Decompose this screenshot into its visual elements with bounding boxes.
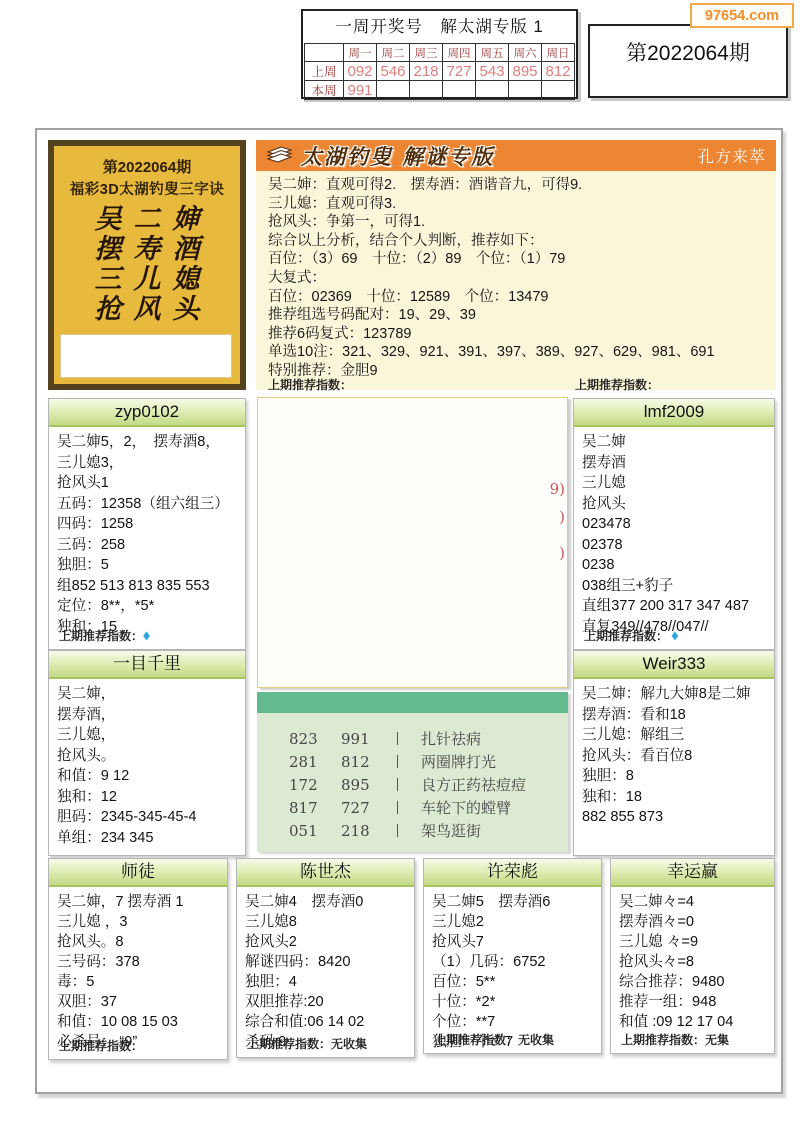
draw-number-cell <box>476 81 509 100</box>
text-line: 定位：8**，*5* <box>57 596 237 617</box>
text-line: 五码：12358（组六组三） <box>57 494 237 515</box>
riddle-text: 车轮下的螳臂 <box>421 799 511 817</box>
text-line: 推荐一组：948 <box>619 992 766 1012</box>
draw-number-cell <box>509 81 542 100</box>
week-header-cell: 周一 <box>344 44 377 62</box>
text-line: 双胆：37 <box>57 992 219 1012</box>
text-line: 吴二婶5，2， 摆寿酒8， <box>57 432 237 453</box>
text-line: 综合和值:06 14 02 <box>245 1012 406 1032</box>
draw-number-cell: 812 <box>542 62 575 81</box>
separator-bar <box>397 778 399 791</box>
riddle-number: 051 <box>289 820 341 843</box>
box-lines: 吴二婶5 摆寿酒6三儿媳2抢风头7（1）几码：6752百位：5**十位：*2*个… <box>424 887 601 1052</box>
text-line: 摆寿酒， <box>57 705 237 726</box>
riddle-number: 281 <box>289 751 341 774</box>
text-line: 百位：（3）69 十位：（2）89 个位：（1）79 <box>268 250 764 269</box>
box-title: lmf2009 <box>574 399 774 427</box>
text-line: 0238 <box>582 555 766 576</box>
main-panel-footer-left: 上期推荐指数： <box>268 376 352 393</box>
riddle-history-row: 817727车轮下的螳臂 <box>289 797 568 820</box>
week-header-cell: 周二 <box>377 44 410 62</box>
text-line: 抢风头。 <box>57 746 237 767</box>
predictor-box-xurongbiao: 许荣彪 吴二婶5 摆寿酒6三儿媳2抢风头7（1）几码：6752百位：5**十位：… <box>423 858 602 1054</box>
draw-number-cell: 727 <box>443 62 476 81</box>
box-lines: 吴二婶摆寿酒三儿媳抢风头023478023780238038组三+豹子直组377… <box>574 427 774 637</box>
draw-number-cell: 895 <box>509 62 542 81</box>
riddle-number: 895 <box>341 774 393 797</box>
this-week-row: 本周 991 <box>305 81 575 100</box>
text-line: 三儿媳3， <box>57 453 237 474</box>
text-line: 02378 <box>582 535 766 556</box>
riddle-history-row: 172895良方正药祛痘痘 <box>289 774 568 797</box>
text-line: 三儿媳8 <box>245 912 406 932</box>
text-line: 吴二婶4 摆寿酒0 <box>245 892 406 912</box>
last-week-label: 上周 <box>305 62 344 81</box>
weekly-draw-box: 一周开奖号 解太湖专版 1 周一 周二 周三 周四 周五 周六 周日 上周 09… <box>301 9 578 99</box>
draw-number-cell <box>410 81 443 100</box>
text-line: 三号码：378 <box>57 952 219 972</box>
box-title: 师徒 <box>49 859 227 887</box>
text-line: 三儿媳 <box>582 473 766 494</box>
predictor-box-lmf2009: lmf2009 吴二婶摆寿酒三儿媳抢风头023478023780238038组三… <box>573 398 775 650</box>
predictor-box-chenshijie: 陈世杰 吴二婶4 摆寿酒0三儿媳8抢风头2解谜四码：8420独胆：4双胆推荐:2… <box>236 858 415 1058</box>
predictor-box-zyp0102: zyp0102 吴二婶5，2， 摆寿酒8，三儿媳3，抢风头1五码：12358（组… <box>48 398 246 650</box>
text-line: 独胆：4 <box>245 972 406 992</box>
site-link-badge[interactable]: 97654.com <box>690 3 794 28</box>
gold-box-issue: 第2022064期 <box>54 156 240 177</box>
week-header-cell: 周六 <box>509 44 542 62</box>
box-title: 陈世杰 <box>237 859 414 887</box>
box-footer-value: 无收集 <box>331 1037 367 1051</box>
riddle-number: 172 <box>289 774 341 797</box>
box-footer: 上期推荐指数：无收集 <box>434 1031 554 1048</box>
riddle-number: 727 <box>341 797 393 820</box>
box-footer-label: 上期推荐指数： <box>59 1039 143 1053</box>
text-line: 摆寿酒 <box>582 453 766 474</box>
predictor-box-weir333: Weir333 吴二婶：解九大婶8是二婶摆寿酒：看和18三儿媳：解组三抢风头：看… <box>573 650 775 856</box>
box-title: 幸运赢 <box>611 859 774 887</box>
text-line: 摆寿酒：看和18 <box>582 705 766 726</box>
text-line: 个位：**7 <box>432 1012 593 1032</box>
text-line: 抢风头 <box>54 295 240 325</box>
blank-scratch-box: 9) ) ) <box>257 397 568 688</box>
text-line: 推荐6码复式：123789 <box>268 325 764 344</box>
box-footer: 上期推荐指数：无收集 <box>247 1035 367 1052</box>
riddle-text: 扎针祛病 <box>421 730 481 748</box>
text-line: 吴二婶 <box>54 205 240 235</box>
riddle-history-row: 823991扎针祛病 <box>289 728 568 751</box>
box-footer-label: 上期推荐指数： <box>434 1033 518 1047</box>
main-panel-header: 太湖钓叟 解谜专版 孔方来萃 <box>256 140 776 171</box>
diamond-icon: ♦ <box>143 627 150 643</box>
text-line: 综合推荐：9480 <box>619 972 766 992</box>
text-line: 抢风头：争第一，可得1. <box>268 213 764 232</box>
text-line: 推荐组选号码配对：19、29、39 <box>268 306 764 325</box>
riddle-text: 良方正药祛痘痘 <box>421 776 526 794</box>
text-line: 大复式： <box>268 269 764 288</box>
text-line: 抢风头 <box>582 494 766 515</box>
week-header-cell: 周日 <box>542 44 575 62</box>
text-line: 解谜四码：8420 <box>245 952 406 972</box>
riddle-number: 218 <box>341 820 393 843</box>
separator-bar <box>397 732 399 745</box>
box-title: Weir333 <box>574 651 774 679</box>
box-lines: 吴二婶々=4摆寿酒々=0三儿媳 々=9抢风头々=8综合推荐：9480推荐一组：9… <box>611 887 774 1032</box>
riddle-history-header-bar <box>257 692 568 713</box>
draw-number-cell: 991 <box>344 81 377 100</box>
riddle-text: 架鸟逛街 <box>421 822 481 840</box>
text-line: 和值：10 08 15 03 <box>57 1012 219 1032</box>
text-line: 882 855 873 <box>582 807 766 828</box>
week-header-cell: 周四 <box>443 44 476 62</box>
riddle-number: 817 <box>289 797 341 820</box>
box-footer-label: 上期推荐指数： <box>584 629 668 643</box>
riddle-number: 991 <box>341 728 393 751</box>
text-line: （1）几码：6752 <box>432 952 593 972</box>
week-corner-cell <box>305 44 344 62</box>
text-line: 三儿媳 <box>54 265 240 295</box>
text-line: 摆寿酒々=0 <box>619 912 766 932</box>
box-lines: 吴二婶5，2， 摆寿酒8，三儿媳3，抢风头1五码：12358（组六组三）四码：1… <box>49 427 245 637</box>
box-lines: 吴二婶，7 摆寿酒 1三儿媳 ，3抢风头。8三号码：378毒：5双胆：37和值：… <box>49 887 227 1052</box>
text-line: 综合以上分析，结合个人判断，推荐如下： <box>268 232 764 251</box>
last-week-row: 上周 092 546 218 727 543 895 812 <box>305 62 575 81</box>
red-text-fragment: 9) <box>550 480 565 498</box>
predictor-box-shitu: 师徒 吴二婶，7 摆寿酒 1三儿媳 ，3抢风头。8三号码：378毒：5双胆：37… <box>48 858 228 1060</box>
riddle-history-row: 281812两圈牌打光 <box>289 751 568 774</box>
text-line: 抢风头：看百位8 <box>582 746 766 767</box>
box-lines: 吴二婶4 摆寿酒0三儿媳8抢风头2解谜四码：8420独胆：4双胆推荐:20综合和… <box>237 887 414 1052</box>
text-line: 吴二婶， <box>57 684 237 705</box>
box-footer-label: 上期推荐指数： <box>247 1037 331 1051</box>
predictor-box-yimuqianli: 一目千里 吴二婶，摆寿酒，三儿媳，抢风头。和值：9 12独和：12胆码：2345… <box>48 650 246 856</box>
week-header-row: 周一 周二 周三 周四 周五 周六 周日 <box>305 44 575 62</box>
separator-bar <box>397 801 399 814</box>
week-header-cell: 周五 <box>476 44 509 62</box>
box-footer: 上期推荐指数：无集 <box>621 1031 729 1048</box>
red-text-fragment: ) <box>559 544 565 562</box>
weekly-draw-title: 一周开奖号 解太湖专版 1 <box>303 11 576 43</box>
text-line: 百位：02369 十位：12589 个位：13479 <box>268 288 764 307</box>
text-line: 单组：234 345 <box>57 828 237 849</box>
text-line: 吴二婶々=4 <box>619 892 766 912</box>
text-line: 抢风头々=8 <box>619 952 766 972</box>
text-line: 三儿媳 ，3 <box>57 912 219 932</box>
text-line: 吴二婶：直观可得2. 摆寿酒：酒谐音九，可得9. <box>268 176 764 195</box>
predictor-box-xingyunying: 幸运赢 吴二婶々=4摆寿酒々=0三儿媳 々=9抢风头々=8综合推荐：9480推荐… <box>610 858 775 1054</box>
box-title: zyp0102 <box>49 399 245 427</box>
box-footer-value: 无收集 <box>518 1033 554 1047</box>
text-line: 独胆：8 <box>582 766 766 787</box>
gold-box-blank-area <box>60 334 232 378</box>
text-line: 三儿媳， <box>57 725 237 746</box>
box-footer-value: 无集 <box>705 1033 729 1047</box>
gold-box-subtitle: 福彩3D太湖钓叟三字诀 <box>54 178 240 199</box>
draw-number-cell: 543 <box>476 62 509 81</box>
separator-bar <box>397 755 399 768</box>
text-line: 三儿媳 々=9 <box>619 932 766 952</box>
box-lines: 吴二婶：解九大婶8是二婶摆寿酒：看和18三儿媳：解组三抢风头：看百位8独胆：8独… <box>574 679 774 828</box>
draw-number-cell <box>443 81 476 100</box>
text-line: 和值 :09 12 17 04 <box>619 1012 766 1032</box>
main-panel-lines: 吴二婶：直观可得2. 摆寿酒：酒谐音九，可得9.三儿媳：直观可得3.抢风头：争第… <box>256 171 776 381</box>
box-footer-label: 上期推荐指数： <box>59 629 143 643</box>
box-footer-label: 上期推荐指数： <box>621 1033 705 1047</box>
text-line: 组852 513 813 835 553 <box>57 576 237 597</box>
draw-number-cell: 218 <box>410 62 443 81</box>
text-line: 三儿媳：解组三 <box>582 725 766 746</box>
draw-number-cell <box>542 81 575 100</box>
week-header-cell: 周三 <box>410 44 443 62</box>
main-panel-title: 太湖钓叟 解谜专版 <box>301 141 494 171</box>
text-line: 独和：18 <box>582 787 766 808</box>
box-title: 一目千里 <box>49 651 245 679</box>
diamond-icon: ♦ <box>671 627 678 643</box>
this-week-label: 本周 <box>305 81 344 100</box>
text-line: 双胆推荐:20 <box>245 992 406 1012</box>
text-line: 单选10注：321、329、921、391、397、389、927、629、98… <box>268 343 764 362</box>
riddle-history-row: 051218架鸟逛街 <box>289 820 568 843</box>
text-line: 抢风头2 <box>245 932 406 952</box>
box-footer: 上期推荐指数：♦ <box>59 627 150 644</box>
verse-lines: 吴二婶摆寿酒三儿媳抢风头 <box>54 205 240 325</box>
text-line: 摆寿酒 <box>54 235 240 265</box>
text-line: 四码：1258 <box>57 514 237 535</box>
text-line: 吴二婶5 摆寿酒6 <box>432 892 593 912</box>
text-line: 抢风头7 <box>432 932 593 952</box>
main-panel-title-right: 孔方来萃 <box>698 144 766 167</box>
riddle-text: 两圈牌打光 <box>421 753 496 771</box>
box-lines: 吴二婶，摆寿酒，三儿媳，抢风头。和值：9 12独和：12胆码：2345-345-… <box>49 679 245 848</box>
issue-number-box: 第2022064期 <box>588 24 788 98</box>
text-line: 毒：5 <box>57 972 219 992</box>
week-draw-table: 周一 周二 周三 周四 周五 周六 周日 上周 092 546 218 727 … <box>304 43 575 100</box>
text-line: 十位：*2* <box>432 992 593 1012</box>
box-title: 许荣彪 <box>424 859 601 887</box>
box-footer: 上期推荐指数： ♦ <box>584 627 679 644</box>
text-line: 独和：12 <box>57 787 237 808</box>
riddle-history-box: 823991扎针祛病 281812两圈牌打光 172895良方正药祛痘痘 817… <box>257 692 568 852</box>
text-line: 胆码：2345-345-45-4 <box>57 807 237 828</box>
text-line: 独胆：5 <box>57 555 237 576</box>
text-line: 直组377 200 317 347 487 <box>582 596 766 617</box>
text-line: 三儿媳：直观可得3. <box>268 195 764 214</box>
text-line: 三儿媳2 <box>432 912 593 932</box>
draw-number-cell <box>377 81 410 100</box>
text-line: 百位：5** <box>432 972 593 992</box>
main-solve-panel: 太湖钓叟 解谜专版 孔方来萃 吴二婶：直观可得2. 摆寿酒：酒谐音九，可得9.三… <box>256 140 776 390</box>
text-line: 吴二婶 <box>582 432 766 453</box>
text-line: 三码：258 <box>57 535 237 556</box>
text-line: 抢风头1 <box>57 473 237 494</box>
red-text-fragment: ) <box>559 508 565 526</box>
text-line: 吴二婶，7 摆寿酒 1 <box>57 892 219 912</box>
book-icon <box>266 145 293 166</box>
box-footer: 上期推荐指数： <box>59 1037 143 1054</box>
draw-number-cell: 092 <box>344 62 377 81</box>
draw-number-cell: 546 <box>377 62 410 81</box>
riddle-history-rows: 823991扎针祛病 281812两圈牌打光 172895良方正药祛痘痘 817… <box>257 713 568 843</box>
riddle-number: 823 <box>289 728 341 751</box>
separator-bar <box>397 824 399 837</box>
text-line: 038组三+豹子 <box>582 576 766 597</box>
text-line: 抢风头。8 <box>57 932 219 952</box>
text-line: 吴二婶：解九大婶8是二婶 <box>582 684 766 705</box>
main-panel-footer-right: 上期推荐指数： <box>575 376 659 393</box>
riddle-number: 812 <box>341 751 393 774</box>
text-line: 和值：9 12 <box>57 766 237 787</box>
text-line: 023478 <box>582 514 766 535</box>
